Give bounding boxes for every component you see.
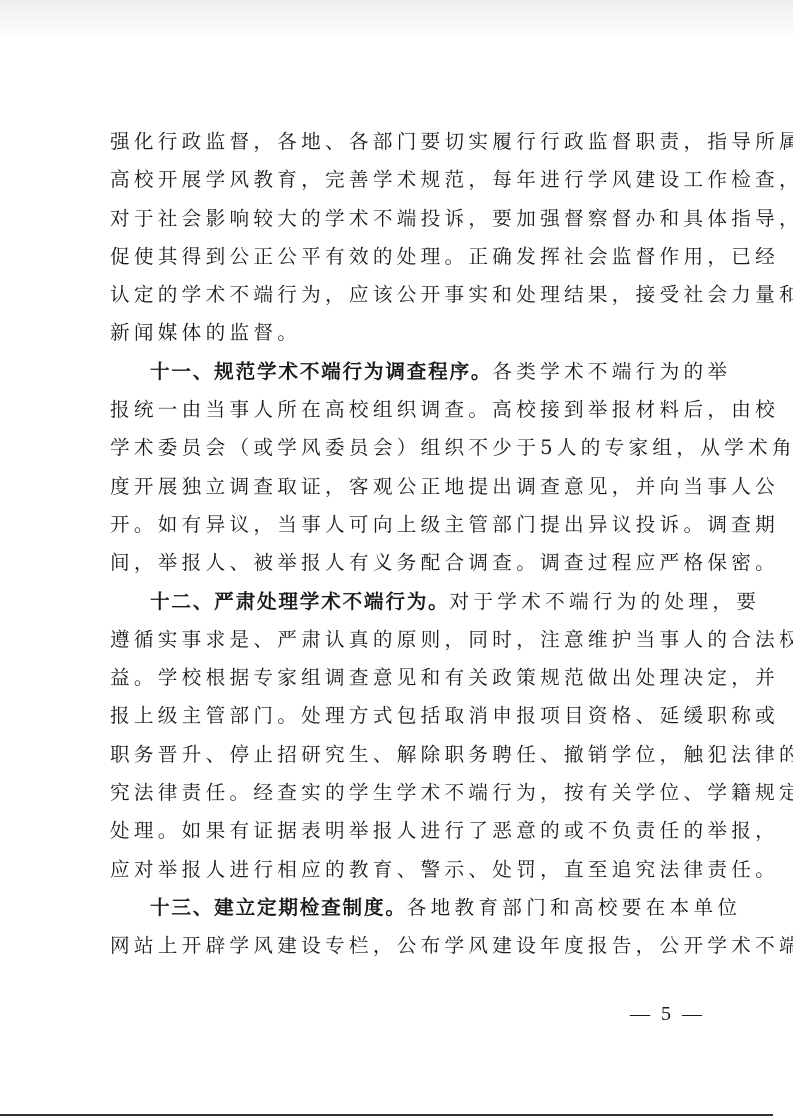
scan-shadow [0, 0, 793, 40]
text-line: 高校开展学风教育，完善学术规范，每年进行学风建设工作检查， [110, 161, 700, 199]
text-line: 处理。如果有证据表明举报人进行了恶意的或不负责任的举报， [110, 812, 700, 850]
section-heading: 十一、规范学术不端行为调查程序。 [150, 360, 492, 383]
text-line: 报上级主管部门。处理方式包括取消申报项目资格、延缓职称或 [110, 697, 700, 735]
paragraph-supervision: 强化行政监督，各地、各部门要切实履行行政监督职责，指导所属 高校开展学风教育，完… [110, 123, 700, 353]
document-body: 强化行政监督，各地、各部门要切实履行行政监督职责，指导所属 高校开展学风教育，完… [110, 123, 700, 966]
text-line: 遵循实事求是、严肃认真的原则，同时，注意维护当事人的合法权 [110, 621, 700, 659]
section-first-line: 十二、严肃处理学术不端行为。对于学术不端行为的处理，要 [110, 583, 700, 621]
text-line: 间，举报人、被举报人有义务配合调查。调查过程应严格保密。 [110, 544, 700, 582]
text-line: 益。学校根据专家组调查意见和有关政策规范做出处理决定，并 [110, 659, 700, 697]
text-line: 应对举报人进行相应的教育、警示、处罚，直至追究法律责任。 [110, 851, 700, 889]
text-line: 开。如有异议，当事人可向上级主管部门提出异议投诉。调查期 [110, 506, 700, 544]
section-12: 十二、严肃处理学术不端行为。对于学术不端行为的处理，要 遵循实事求是、严肃认真的… [110, 583, 700, 889]
section-first-line: 十三、建立定期检查制度。各地教育部门和高校要在本单位 [110, 889, 700, 927]
section-first-line: 十一、规范学术不端行为调查程序。各类学术不端行为的举 [110, 353, 700, 391]
text-line: 学术委员会（或学风委员会）组织不少于5人的专家组，从学术角 [110, 429, 700, 467]
text-run: 各地教育部门和高校要在本单位 [407, 896, 742, 919]
text-line: 究法律责任。经查实的学生学术不端行为，按有关学位、学籍规定 [110, 774, 700, 812]
text-line: 职务晋升、停止招研究生、解除职务聘任、撤销学位，触犯法律的追 [110, 736, 700, 774]
text-line: 网站上开辟学风建设专栏，公布学风建设年度报告，公开学术不端 [110, 927, 700, 965]
section-13: 十三、建立定期检查制度。各地教育部门和高校要在本单位 网站上开辟学风建设专栏，公… [110, 889, 700, 966]
section-heading: 十三、建立定期检查制度。 [150, 896, 407, 919]
section-heading: 十二、严肃处理学术不端行为。 [150, 590, 450, 613]
text-line: 度开展独立调查取证，客观公正地提出调查意见，并向当事人公 [110, 468, 700, 506]
text-line: 对于社会影响较大的学术不端投诉，要加强督察督办和具体指导， [110, 200, 700, 238]
text-run: 各类学术不端行为的举 [492, 360, 731, 383]
text-line: 促使其得到公正公平有效的处理。正确发挥社会监督作用，已经 [110, 238, 700, 276]
page-number: — 5 — [630, 1003, 705, 1026]
text-line: 报统一由当事人所在高校组织调查。高校接到举报材料后，由校 [110, 391, 700, 429]
text-line: 新闻媒体的监督。 [110, 314, 700, 352]
section-11: 十一、规范学术不端行为调查程序。各类学术不端行为的举 报统一由当事人所在高校组织… [110, 353, 700, 583]
bottom-edge-rule [0, 1114, 773, 1116]
text-line: 认定的学术不端行为，应该公开事实和处理结果，接受社会力量和 [110, 276, 700, 314]
text-line: 强化行政监督，各地、各部门要切实履行行政监督职责，指导所属 [110, 123, 700, 161]
text-run: 对于学术不端行为的处理，要 [450, 590, 761, 613]
